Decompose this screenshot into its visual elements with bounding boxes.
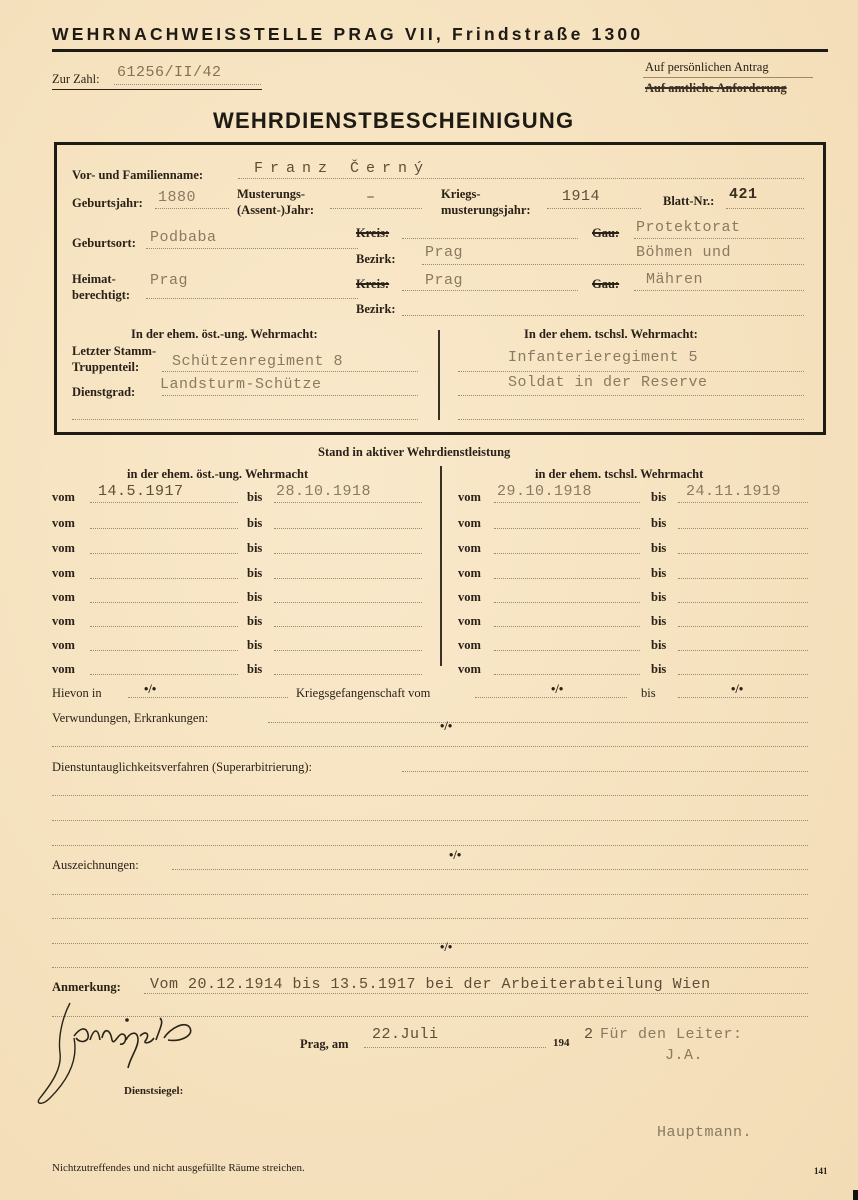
austro-from-line — [90, 626, 238, 627]
awards-line-5 — [52, 967, 808, 968]
rank-label: Dienstgrad: — [72, 385, 135, 400]
austro-rank-value: Landsturm-Schütze — [160, 376, 322, 393]
austro-from-label: vom — [52, 638, 75, 653]
czech-from-label: vom — [458, 490, 481, 505]
home-label-2: berechtigt: — [72, 288, 130, 303]
austro-from-line — [90, 578, 238, 579]
for-head-text: Für den Leiter: — [600, 1026, 743, 1043]
service-divider — [440, 466, 442, 666]
remark-label: Anmerkung: — [52, 980, 121, 995]
active-service-title: Stand in aktiver Wehrdienstleistung — [318, 445, 510, 460]
unit-label-2: Truppenteil: — [72, 360, 139, 375]
czech-to-label: bis — [651, 638, 666, 653]
home-bezirk-line — [402, 315, 804, 316]
austro-rank-line — [162, 395, 418, 396]
pow-label: Kriegsgefangenschaft vom — [296, 686, 430, 701]
rank-text: Hauptmann. — [657, 1124, 752, 1141]
austro-from-line — [90, 650, 238, 651]
muster-year-value: – — [366, 189, 376, 206]
home-kreis-label: Kreis: — [356, 277, 389, 292]
czech-extra-line — [458, 419, 804, 420]
sheet-label: Blatt-Nr.: — [663, 194, 714, 209]
document-page: WEHRNACHWEISSTELLE PRAG VII, Frindstraße… — [0, 0, 858, 1200]
birthplace-value: Podbaba — [150, 229, 217, 246]
austro-to-line — [274, 602, 422, 603]
scan-edge — [853, 1190, 858, 1200]
czech-to-line — [678, 626, 808, 627]
header-rule — [52, 49, 828, 52]
austro-to-label: bis — [247, 614, 262, 629]
austro-from-label: vom — [52, 490, 75, 505]
request-option-personal: Auf persönlichen Antrag — [645, 60, 769, 75]
czech-to-line — [678, 650, 808, 651]
austro-unit-header: In der ehem. öst.-ung. Wehrmacht: — [131, 327, 318, 342]
austro-to-line — [274, 578, 422, 579]
czech-rank-line — [458, 395, 804, 396]
home-label-1: Heimat- — [72, 272, 116, 287]
czech-to-line — [678, 553, 808, 554]
home-bezirk-label: Bezirk: — [356, 302, 396, 317]
austro-to-line — [274, 650, 422, 651]
czech-from-line — [494, 626, 640, 627]
czech-to-label: bis — [651, 614, 666, 629]
austro-from-line — [90, 553, 238, 554]
czech-to-label: bis — [651, 516, 666, 531]
place-label: Prag, am — [300, 1037, 349, 1052]
pow-from-value: •/• — [551, 682, 563, 697]
austro-to-line — [274, 502, 422, 503]
czech-from-line — [494, 502, 640, 503]
home-kreis-value: Prag — [425, 272, 463, 289]
unfitness-line-3 — [52, 820, 808, 821]
pow-in-line — [128, 697, 288, 698]
pow-from-line — [475, 697, 627, 698]
birth-kreis-line — [402, 238, 578, 239]
czech-unit-line — [458, 371, 804, 372]
unit-divider — [438, 330, 440, 420]
office-title: WEHRNACHWEISSTELLE PRAG VII, Frindstraße… — [52, 24, 643, 45]
birth-bezirk-line — [422, 264, 804, 265]
czech-to-line — [678, 502, 808, 503]
injuries-line-2 — [52, 746, 808, 747]
form-number: 141 — [814, 1166, 828, 1176]
muster-year-line — [330, 208, 422, 209]
austro-to-label: bis — [247, 590, 262, 605]
awards-line-4 — [52, 943, 808, 944]
name-value: Franz Černý — [254, 160, 430, 177]
austro-to-line — [274, 553, 422, 554]
austro-unit-value: Schützenregiment 8 — [172, 353, 343, 370]
czech-from-line — [494, 528, 640, 529]
pow-in-value: •/• — [144, 682, 156, 697]
awards-line-2 — [52, 894, 808, 895]
czech-from-value: 29.10.1918 — [497, 483, 592, 500]
unfitness-line-4 — [52, 845, 808, 846]
czech-unit-value: Infanterieregiment 5 — [508, 349, 698, 366]
austro-to-label: bis — [247, 516, 262, 531]
year-suffix: 2 — [584, 1026, 594, 1043]
austro-from-label: vom — [52, 614, 75, 629]
injuries-label: Verwundungen, Erkrankungen: — [52, 711, 208, 726]
czech-from-label: vom — [458, 614, 481, 629]
remark-value: Vom 20.12.1914 bis 13.5.1917 bei der Arb… — [150, 976, 711, 993]
czech-to-label: bis — [651, 541, 666, 556]
czech-from-line — [494, 602, 640, 603]
war-muster-label-1: Kriegs- — [441, 187, 481, 202]
austro-from-label: vom — [52, 590, 75, 605]
austro-from-line — [90, 674, 238, 675]
birth-year-label: Geburtsjahr: — [72, 196, 143, 211]
czech-from-label: vom — [458, 590, 481, 605]
request-divider — [643, 77, 813, 78]
czech-to-line — [678, 602, 808, 603]
czech-from-label: vom — [458, 638, 481, 653]
home-gau-value: Mähren — [646, 271, 703, 288]
austro-extra-line — [72, 419, 418, 420]
unfitness-label: Dienstuntauglichkeitsverfahren (Superarb… — [52, 760, 312, 775]
czech-from-label: vom — [458, 662, 481, 677]
name-line — [238, 178, 804, 179]
footer-note: Nichtzutreffendes und nicht ausgefüllte … — [52, 1162, 305, 1174]
birth-gau-value-2: Böhmen und — [636, 244, 731, 261]
muster-year-label-1: Musterungs- — [237, 187, 305, 202]
austro-from-label: vom — [52, 541, 75, 556]
austro-to-label: bis — [247, 490, 262, 505]
austro-from-label: vom — [52, 516, 75, 531]
czech-from-line — [494, 650, 640, 651]
czech-to-line — [678, 674, 808, 675]
czech-to-line — [678, 528, 808, 529]
home-value: Prag — [150, 272, 188, 289]
awards-label: Auszeichnungen: — [52, 858, 139, 873]
date-value: 22.Juli — [372, 1026, 439, 1043]
austro-to-label: bis — [247, 541, 262, 556]
zur-zahl-rule — [52, 89, 262, 90]
ia-text: J.A. — [665, 1047, 703, 1064]
birth-year-value: 1880 — [158, 189, 196, 206]
czech-from-label: vom — [458, 566, 481, 581]
austro-from-label: vom — [52, 566, 75, 581]
austro-from-line — [90, 602, 238, 603]
birth-gau-line-1 — [634, 238, 804, 239]
home-line — [146, 298, 358, 299]
awards-line-3 — [52, 918, 808, 919]
czech-service-header: in der ehem. tschsl. Wehrmacht — [535, 467, 703, 482]
czech-to-label: bis — [651, 566, 666, 581]
zur-zahl-label: Zur Zahl: — [52, 72, 100, 87]
birth-kreis-label: Kreis: — [356, 226, 389, 241]
czech-from-line — [494, 578, 640, 579]
pow-to-value: •/• — [731, 682, 743, 697]
pow-to-line — [678, 697, 808, 698]
unfitness-line-2 — [52, 795, 808, 796]
war-muster-line — [547, 208, 641, 209]
austro-to-line — [274, 528, 422, 529]
birth-year-line — [155, 208, 229, 209]
muster-year-label-2: (Assent-)Jahr: — [237, 203, 314, 218]
austro-to-line — [274, 626, 422, 627]
request-option-official: Auf amtliche Anforderung — [645, 81, 787, 96]
year-prefix: 194 — [553, 1037, 570, 1049]
pow-in-label: Hievon in — [52, 686, 102, 701]
birthplace-label: Geburtsort: — [72, 236, 136, 251]
austro-to-line — [274, 674, 422, 675]
unit-label-1: Letzter Stamm- — [72, 344, 156, 359]
czech-unit-header: In der ehem. tschsl. Wehrmacht: — [524, 327, 698, 342]
home-gau-label: Gau: — [592, 277, 619, 292]
czech-to-line — [678, 578, 808, 579]
home-kreis-line — [402, 290, 578, 291]
remark-line-1 — [144, 993, 808, 994]
austro-from-line — [90, 528, 238, 529]
austro-to-label: bis — [247, 662, 262, 677]
czech-to-value: 24.11.1919 — [686, 483, 781, 500]
austro-to-value: 28.10.1918 — [276, 483, 371, 500]
czech-to-label: bis — [651, 490, 666, 505]
austro-service-header: in der ehem. öst.-ung. Wehrmacht — [127, 467, 308, 482]
seal-label: Dienstsiegel: — [124, 1085, 183, 1097]
czech-from-line — [494, 674, 640, 675]
czech-to-label: bis — [651, 590, 666, 605]
injuries-value: •/• — [440, 719, 452, 734]
czech-from-label: vom — [458, 516, 481, 531]
zur-zahl-value: 61256/II/42 — [117, 64, 222, 81]
zur-zahl-line — [114, 84, 261, 85]
sheet-line — [726, 208, 804, 209]
awards-line-1 — [172, 869, 808, 870]
unfitness-line-1 — [402, 771, 808, 772]
austro-from-line — [90, 502, 238, 503]
czech-from-label: vom — [458, 541, 481, 556]
czech-from-line — [494, 553, 640, 554]
birth-bezirk-value: Prag — [425, 244, 463, 261]
czech-to-label: bis — [651, 662, 666, 677]
czech-rank-value: Soldat in der Reserve — [508, 374, 708, 391]
document-title: WEHRDIENSTBESCHEINIGUNG — [213, 108, 574, 134]
birth-bezirk-label: Bezirk: — [356, 252, 396, 267]
austro-to-label: bis — [247, 638, 262, 653]
austro-to-label: bis — [247, 566, 262, 581]
war-muster-label-2: musterungsjahr: — [441, 203, 531, 218]
awards-value-2: •/• — [440, 940, 452, 955]
awards-value: •/• — [449, 848, 461, 863]
injuries-line-1 — [268, 722, 808, 723]
war-muster-value: 1914 — [562, 188, 600, 205]
austro-from-label: vom — [52, 662, 75, 677]
sheet-value: 421 — [729, 186, 758, 203]
home-gau-line — [634, 290, 804, 291]
birth-gau-value-1: Protektorat — [636, 219, 741, 236]
birthplace-line — [146, 248, 358, 249]
austro-unit-line — [162, 371, 418, 372]
pow-to-label: bis — [641, 686, 656, 701]
austro-from-value: 14.5.1917 — [98, 483, 184, 500]
date-line — [364, 1047, 546, 1048]
birth-gau-label: Gau: — [592, 226, 619, 241]
name-label: Vor- und Familienname: — [72, 168, 203, 183]
